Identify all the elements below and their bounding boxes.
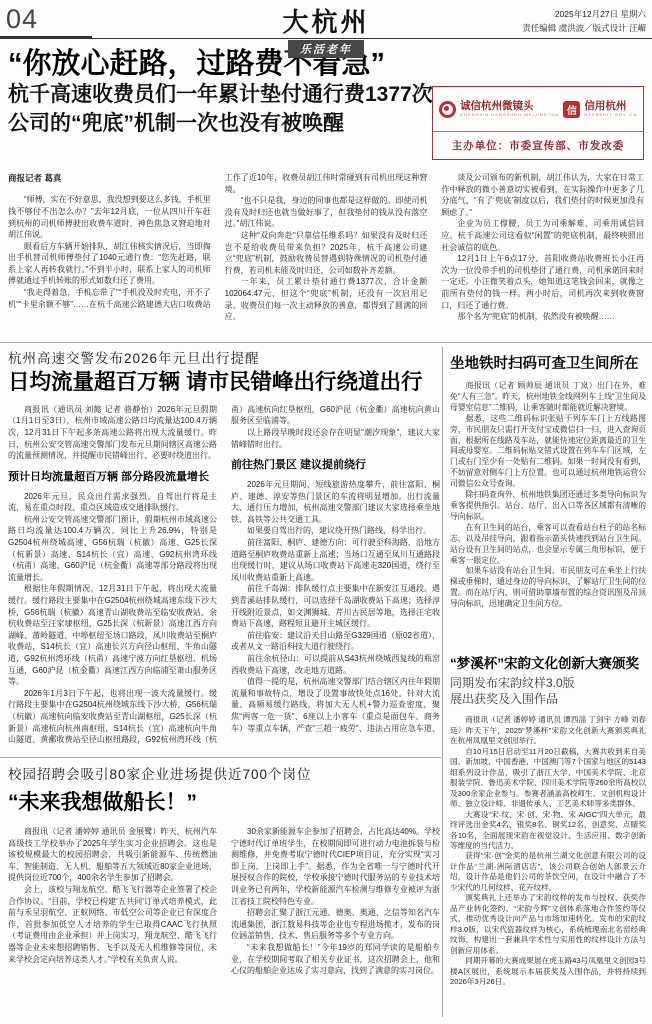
chengxin-logo-label: 诚信杭州微镜头 xyxy=(460,101,559,113)
xinyong-logo-label: 信用杭州 xyxy=(584,101,637,113)
chengxin-logo: 诚信杭州微镜头 CHENGXIN HANGZHOU WEIJINGTOU xyxy=(439,101,559,118)
article-metro-toilet: 坐地铁时扫码可查卫生间所在 商报讯（记者 顾帅辰 通讯员 丁岚）出门在外，难免“… xyxy=(450,352,646,647)
article2-body: 商报讯（通讯员 刘懿 记者 骆静怡）2026年元旦假期（1月1日至3日），杭州市… xyxy=(8,404,440,752)
header-meta: 2025年12月27日 星期六 责任编辑 虞洪波／版式设计 汪嵋 xyxy=(522,8,646,35)
issue-date: 2025年12月27日 星期六 xyxy=(522,8,646,22)
article5-kicker: 校园招聘会吸引80家企业进场提供近700个岗位 xyxy=(8,763,440,783)
article4-headline: “梦溪杯”宋韵文化创新大赛颁奖 xyxy=(450,652,646,672)
sponsor-line: 主办单位：市委宣传部、市发改委 xyxy=(433,132,643,158)
article-job-fair: 校园招聘会吸引80家企业进场提供近700个岗位 “未来我想做船长！” 商报讯（记… xyxy=(8,763,440,1000)
article1-body: 商报记者 葛真 “师傅，实在不好意思，我没想到要这么多钱，手机里钱不够付不出怎么… xyxy=(8,172,644,339)
article1-byline: 商报记者 葛真 xyxy=(8,172,211,184)
article2-paragraphs-2: 2026年元旦期间，短线旅游热度攀升，前往富阳、桐庐、建德、淳安等热门景区的车流… xyxy=(231,404,440,752)
article2-kicker: 杭州高速交警发布2026年元旦出行提醒 xyxy=(8,347,440,367)
right-column-divider xyxy=(442,347,443,1017)
article2-headline: 日均流量超百万辆 请市民错峰出行绕道出行 xyxy=(8,370,440,396)
article3-body: 商报讯（记者 顾帅辰 通讯员 丁岚）出门在外，难免“人有三急”。昨天，杭州地铁全… xyxy=(450,381,646,610)
article5-body: 商报讯（记者 潘婷婷 通讯员 金展鹭）昨天，杭州汽车高级技工学校举办了2025年… xyxy=(8,826,440,1000)
article3-headline: 坐地铁时扫码可查卫生间所在 xyxy=(450,352,646,373)
divider-under-article1 xyxy=(0,342,652,343)
header-rule xyxy=(0,38,652,39)
article2-intro: 商报讯（通讯员 刘懿 记者 骆静怡）2026年元旦假期（1月1日至3日），杭州市… xyxy=(8,404,217,462)
article2-subhead-1: 预计日均流量超百万辆 部分路段流量增长 xyxy=(8,470,217,486)
article-tollgate: “你放心赶路，过路费不着急” 杭千高速收费员们一年累计垫付通行费1377次 公司… xyxy=(8,48,644,138)
divider-under-article2 xyxy=(0,757,441,758)
credit-box-logos: 诚信杭州微镜头 CHENGXIN HANGZHOU WEIJINGTOU 信 信… xyxy=(433,87,643,132)
chengxin-logo-subtext: CHENGXIN HANGZHOU WEIJINGTOU xyxy=(460,113,559,117)
camera-lens-icon xyxy=(439,101,456,118)
article4-body: 商报讯（记者 潘婷婷 通讯员 谭西淄 丁剑宇 方峰 刘春廷）昨天下午，2025“… xyxy=(450,715,646,987)
section-subtitle-badge: 乐活老年 xyxy=(288,40,364,58)
article-songyun-award: “梦溪杯”宋韵文化创新大赛颁奖 同期发布宋韵纹样3.0版 展出获奖及入围作品 商… xyxy=(450,652,646,1020)
article2-subhead-2: 前往热门景区 建议提前绕行 xyxy=(231,458,440,474)
article5-headline: “未来我想做船长！” xyxy=(8,786,440,816)
article4-dek-2: 展出获奖及入围作品 xyxy=(450,691,646,707)
xinyong-logo: 信 信用杭州 HZCREDIT·GOV·CN xyxy=(563,101,637,118)
xinyong-logo-subtext: HZCREDIT·GOV·CN xyxy=(584,113,637,117)
editors-line: 责任编辑 虞洪波／版式设计 汪嵋 xyxy=(522,22,646,36)
page-number-rule xyxy=(0,36,92,38)
article1-paragraphs: “师傅，实在不好意思，我没想到要这么多钱，手机里钱不够付不出怎么办？”去年12月… xyxy=(8,172,644,323)
article-traffic-alert: 杭州高速交警发布2026年元旦出行提醒 日均流量超百万辆 请市民错峰出行绕道出行… xyxy=(8,347,440,752)
credit-seal-icon: 信 xyxy=(563,101,580,118)
article4-dek-1: 同期发布宋韵纹样3.0版 xyxy=(450,675,646,691)
credit-hangzhou-box: 诚信杭州微镜头 CHENGXIN HANGZHOU WEIJINGTOU 信 信… xyxy=(432,86,644,160)
